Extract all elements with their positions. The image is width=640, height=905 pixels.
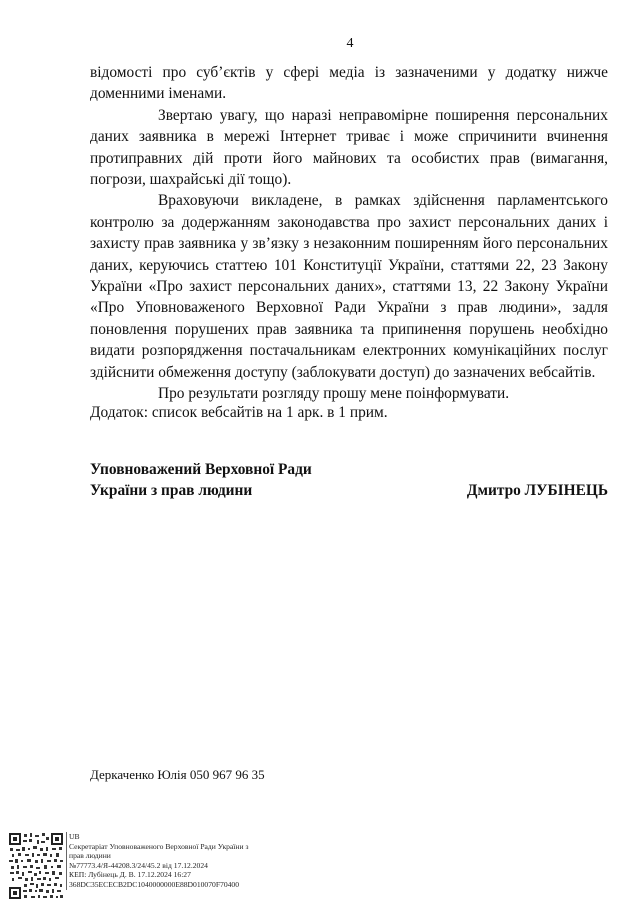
stamp-certificate-id: 368DC35ECECB2DC1040000000E88D010070F7040…	[69, 880, 289, 890]
qr-code-icon	[8, 832, 64, 900]
signatory-name: Дмитро ЛУБІНЕЦЬ	[467, 480, 608, 501]
stamp-organization-cont: прав людини	[69, 851, 289, 861]
paragraph-continuation: відомості про суб’єктів у сфері медіа із…	[90, 62, 608, 105]
paragraph-request: Враховуючи викладене, в рамках здійсненн…	[90, 190, 608, 383]
stamp-organization: Секретаріат Уповноваженого Верховної Рад…	[69, 842, 289, 852]
attachment-note: Додаток: список вебсайтів на 1 арк. в 1 …	[90, 402, 388, 423]
stamp-signature-info: КЕП: Лубінець Д. В. 17.12.2024 16:27	[69, 870, 289, 880]
stamp-code: UB	[69, 832, 289, 842]
stamp-details: UB Секретаріат Уповноваженого Верховної …	[66, 832, 289, 890]
stamp-registration-number: №77773.4/Я-44208.3/24/45.2 від 17.12.202…	[69, 861, 289, 871]
electronic-signature-stamp: UB Секретаріат Уповноваженого Верховної …	[8, 832, 289, 900]
letter-body: відомості про суб’єктів у сфері медіа із…	[90, 62, 608, 405]
paragraph-warning: Звертаю увагу, що наразі неправомірне по…	[90, 105, 608, 191]
signatory-title-line2: України з прав людини	[90, 480, 252, 501]
page-number: 4	[0, 36, 640, 52]
executor-contact: Деркаченко Юлія 050 967 96 35	[90, 767, 265, 783]
signatory-title-line1: Уповноважений Верховної Ради	[90, 459, 312, 480]
signature-block: Уповноважений Верховної Ради України з п…	[90, 459, 608, 501]
